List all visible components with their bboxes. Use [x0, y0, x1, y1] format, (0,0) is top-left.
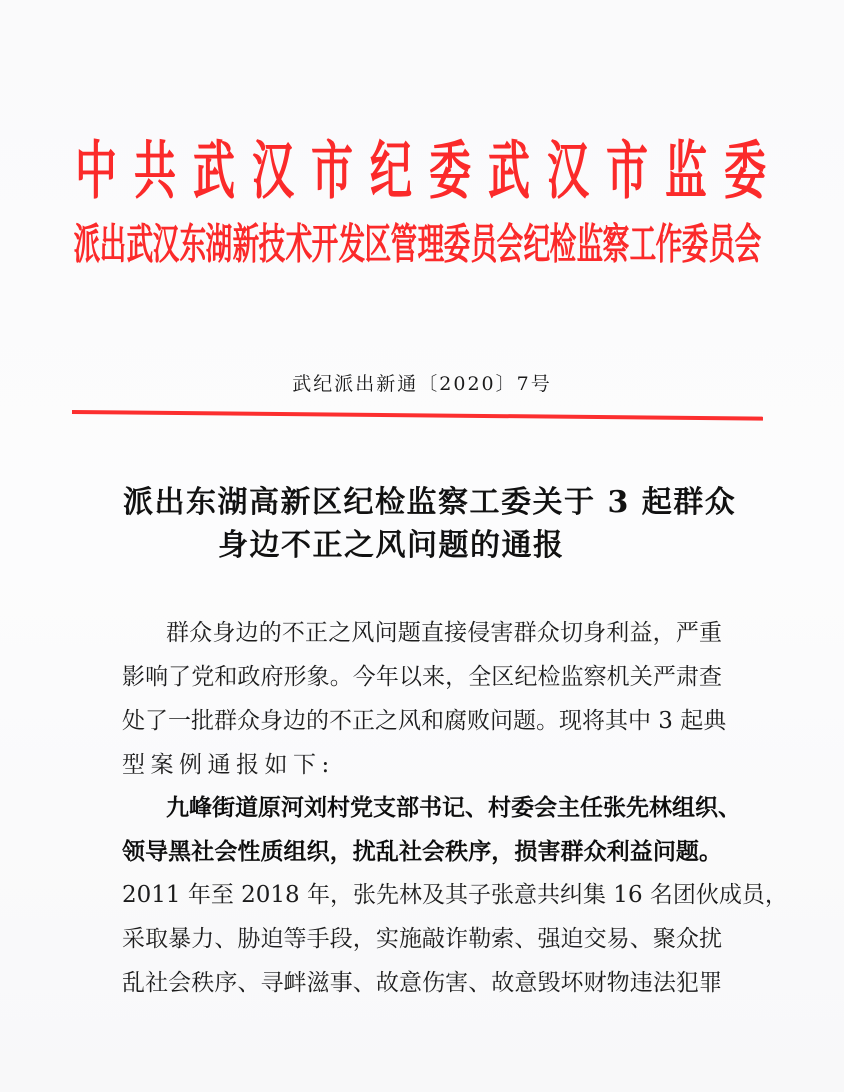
masthead-char: 发: [338, 212, 363, 278]
paragraph-1-line-2: 影响了党和政府形象。今年以来，全区纪检监察机关严肃查: [122, 662, 722, 692]
masthead-char: 员: [470, 212, 495, 278]
masthead-char: 武: [193, 140, 231, 203]
masthead-char: 纪: [370, 140, 408, 203]
masthead-line-1: 中共武汉市纪委武汉市监委: [75, 140, 762, 203]
masthead-char: 东: [179, 212, 204, 278]
masthead-char: 理: [418, 212, 443, 278]
masthead-char: 监: [576, 212, 601, 278]
case-1-heading-line-2: 领导黑社会性质组织，扰乱社会秩序，损害群众利益问题。: [122, 837, 722, 867]
masthead-char: 开: [312, 212, 337, 278]
case-1-text-line-1: 2011 年至 2018 年，张先林及其子张意共纠集 16 名团伙成员，: [122, 880, 722, 910]
masthead-char: 委: [429, 140, 467, 203]
masthead-char: 汉: [547, 140, 585, 203]
masthead-char: 术: [285, 212, 310, 278]
document-title-line-1: 派出东湖高新区纪检监察工委关于 3 起群众: [123, 487, 736, 519]
case-1-text-line-3: 乱社会秩序、寻衅滋事、故意伤害、故意毁坏财物违法犯罪: [122, 968, 722, 998]
masthead-char: 出: [100, 212, 125, 278]
masthead-char: 监: [665, 140, 703, 203]
masthead-char: 武: [488, 140, 526, 203]
masthead-char: 共: [134, 140, 172, 203]
masthead-char: 委: [682, 212, 707, 278]
case-1-heading-line-1: 九峰街道原河刘村党支部书记、村委会主任张先林组织、: [166, 793, 740, 823]
masthead-char: 技: [259, 212, 284, 278]
paragraph-1-line-4: 型案例通报如下:: [122, 750, 722, 780]
masthead-char: 检: [550, 212, 575, 278]
masthead-char: 会: [497, 212, 522, 278]
masthead-char: 新: [232, 212, 257, 278]
case-1-text-line-2: 采取暴力、胁迫等手段，实施敲诈勒索、强迫交易、聚众扰: [122, 924, 722, 954]
masthead-char: 派: [74, 212, 99, 278]
masthead-char: 员: [709, 212, 734, 278]
masthead-char: 察: [603, 212, 628, 278]
masthead-char: 市: [311, 140, 349, 203]
paragraph-1-line-3: 处了一批群众身边的不正之风和腐败问题。现将其中 3 起典: [122, 706, 722, 736]
masthead-char: 市: [606, 140, 644, 203]
masthead-char: 中: [75, 140, 113, 203]
red-divider-rule: [72, 410, 763, 421]
masthead-char: 委: [444, 212, 469, 278]
paragraph-1-line-1: 群众身边的不正之风问题直接侵害群众切身利益，严重: [166, 618, 722, 648]
masthead-char: 汉: [153, 212, 178, 278]
masthead-char: 管: [391, 212, 416, 278]
masthead-char: 会: [735, 212, 760, 278]
masthead-line-2: 派出武汉东湖新技术开发区管理委员会纪检监察工作委员会: [73, 212, 761, 278]
masthead-char: 武: [127, 212, 152, 278]
masthead-char: 纪: [523, 212, 548, 278]
masthead-char: 湖: [206, 212, 231, 278]
document-title-line-2: 身边不正之风问题的通报: [218, 530, 565, 562]
document-number: 武纪派出新通〔2020〕7号: [0, 369, 844, 396]
masthead-char: 区: [365, 212, 390, 278]
masthead-char: 工: [629, 212, 654, 278]
masthead-char: 委: [724, 140, 762, 203]
masthead-char: 汉: [252, 140, 290, 203]
masthead-char: 作: [656, 212, 681, 278]
document-page: 中共武汉市纪委武汉市监委 派出武汉东湖新技术开发区管理委员会纪检监察工作委员会 …: [0, 0, 844, 1092]
